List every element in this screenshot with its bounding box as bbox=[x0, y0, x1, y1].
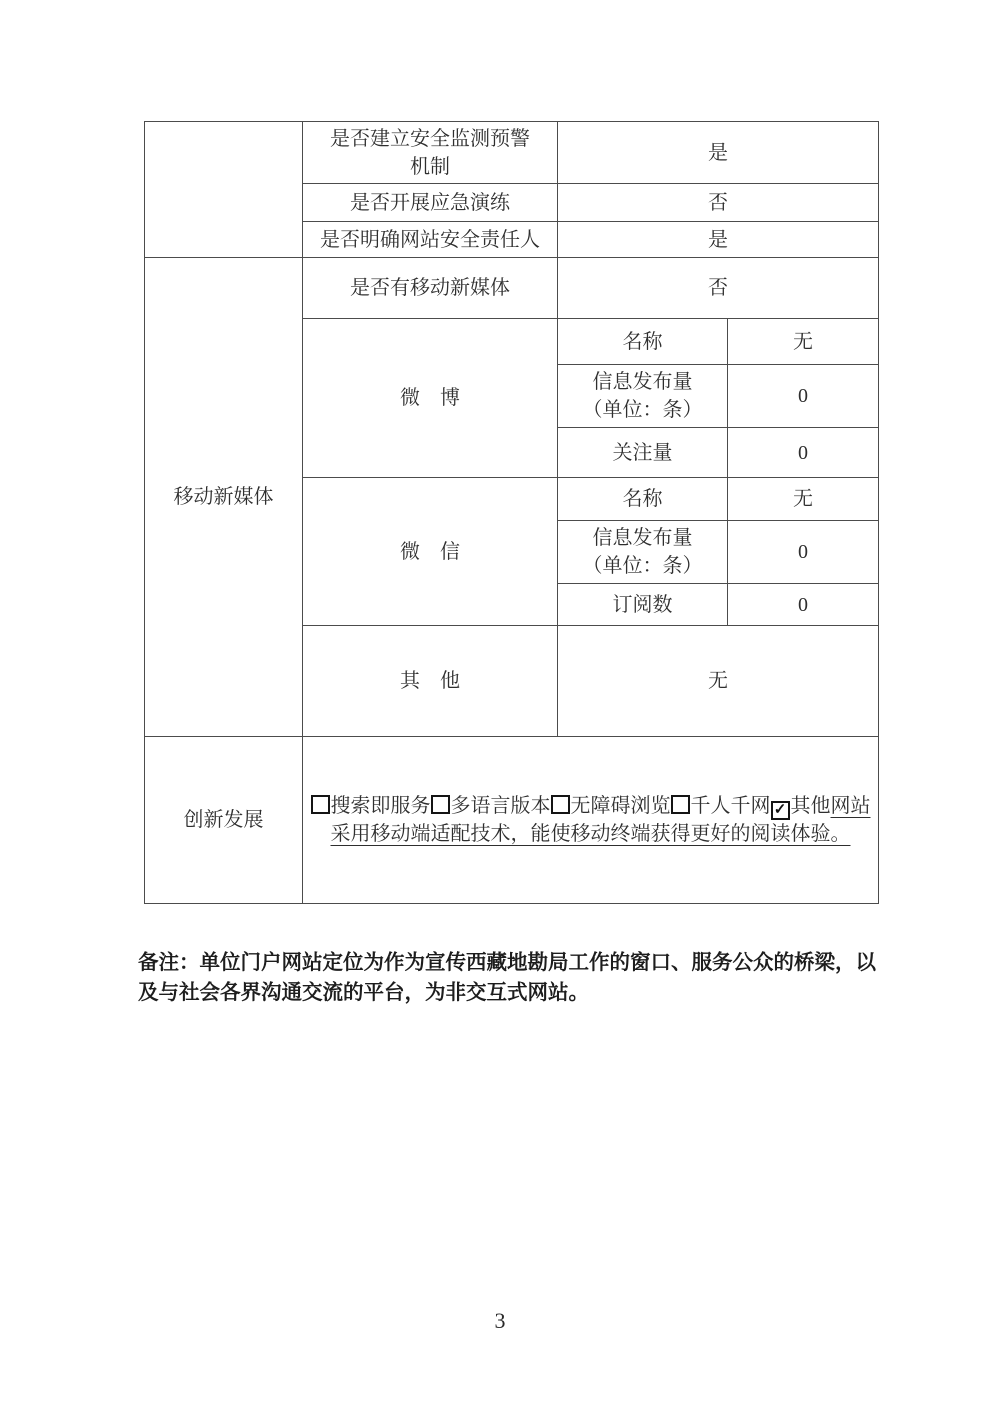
document-page: 是否建立安全监测预警 机制 是 是否开展应急演练 否 是否明确网站安全责任人 是… bbox=[0, 0, 1000, 1413]
checkbox-icon bbox=[671, 795, 690, 814]
table-row: 创新发展 搜索即服务多语言版本无障碍浏览千人千网✓其他网站采用移动端适配技术，能… bbox=[145, 737, 879, 904]
row-value: 0 bbox=[728, 365, 879, 428]
row-value: 否 bbox=[558, 258, 879, 319]
row-value: 无 bbox=[728, 478, 879, 521]
checkbox-label: 无障碍浏览 bbox=[571, 795, 671, 817]
row-value: 0 bbox=[728, 584, 879, 626]
checkbox-group: 搜索即服务多语言版本无障碍浏览千人千网✓其他 bbox=[311, 795, 831, 817]
weibo-label-cell: 微 博 bbox=[303, 319, 558, 478]
row-label: 是否有移动新媒体 bbox=[303, 258, 558, 319]
section-cell-mobile-media: 移动新媒体 bbox=[145, 258, 303, 737]
row-label: 是否开展应急演练 bbox=[303, 184, 558, 222]
row-value: 无 bbox=[728, 319, 879, 365]
row-label: 关注量 bbox=[558, 428, 728, 478]
checkbox-label: 千人千网 bbox=[691, 795, 771, 817]
checkbox-icon bbox=[431, 795, 450, 814]
annual-report-table: 是否建立安全监测预警 机制 是 是否开展应急演练 否 是否明确网站安全责任人 是… bbox=[144, 121, 879, 904]
row-value: 是 bbox=[558, 122, 879, 184]
row-label: 是否建立安全监测预警 机制 bbox=[303, 122, 558, 184]
checkbox-mark: ✓ bbox=[774, 802, 787, 818]
checkbox-icon bbox=[551, 795, 570, 814]
checkbox-icon bbox=[311, 795, 330, 814]
table-row: 移动新媒体 是否有移动新媒体 否 bbox=[145, 258, 879, 319]
row-label: 名称 bbox=[558, 478, 728, 521]
row-value: 否 bbox=[558, 184, 879, 222]
row-value: 0 bbox=[728, 428, 879, 478]
wechat-label-cell: 微 信 bbox=[303, 478, 558, 626]
table-row: 是否建立安全监测预警 机制 是 bbox=[145, 122, 879, 184]
checkbox-label: 其他 bbox=[791, 795, 831, 817]
section-cell-empty bbox=[145, 122, 303, 258]
row-value: 0 bbox=[728, 521, 879, 584]
checkbox-label: 多语言版本 bbox=[451, 795, 551, 817]
row-label: 信息发布量 （单位：条） bbox=[558, 521, 728, 584]
row-label: 名称 bbox=[558, 319, 728, 365]
other-label-cell: 其 他 bbox=[303, 626, 558, 737]
remark-label: 备注： bbox=[138, 952, 200, 974]
page-number: 3 bbox=[0, 1308, 1000, 1334]
section-cell-innovation: 创新发展 bbox=[145, 737, 303, 904]
checkbox-label: 搜索即服务 bbox=[331, 795, 431, 817]
innovation-content-cell: 搜索即服务多语言版本无障碍浏览千人千网✓其他网站采用移动端适配技术，能使移动终端… bbox=[303, 737, 879, 904]
remark-text: 单位门户网站定位为作为宣传西藏地勘局工作的窗口、服务公众的桥梁，以及与社会各界沟… bbox=[138, 952, 876, 1004]
row-value: 无 bbox=[558, 626, 879, 737]
row-label: 是否明确网站安全责任人 bbox=[303, 222, 558, 258]
row-label: 信息发布量 （单位：条） bbox=[558, 365, 728, 428]
row-value: 是 bbox=[558, 222, 879, 258]
checkbox-checked-icon: ✓ bbox=[771, 801, 790, 820]
row-label: 订阅数 bbox=[558, 584, 728, 626]
remark-note: 备注：单位门户网站定位为作为宣传西藏地勘局工作的窗口、服务公众的桥梁，以及与社会… bbox=[138, 948, 886, 1008]
